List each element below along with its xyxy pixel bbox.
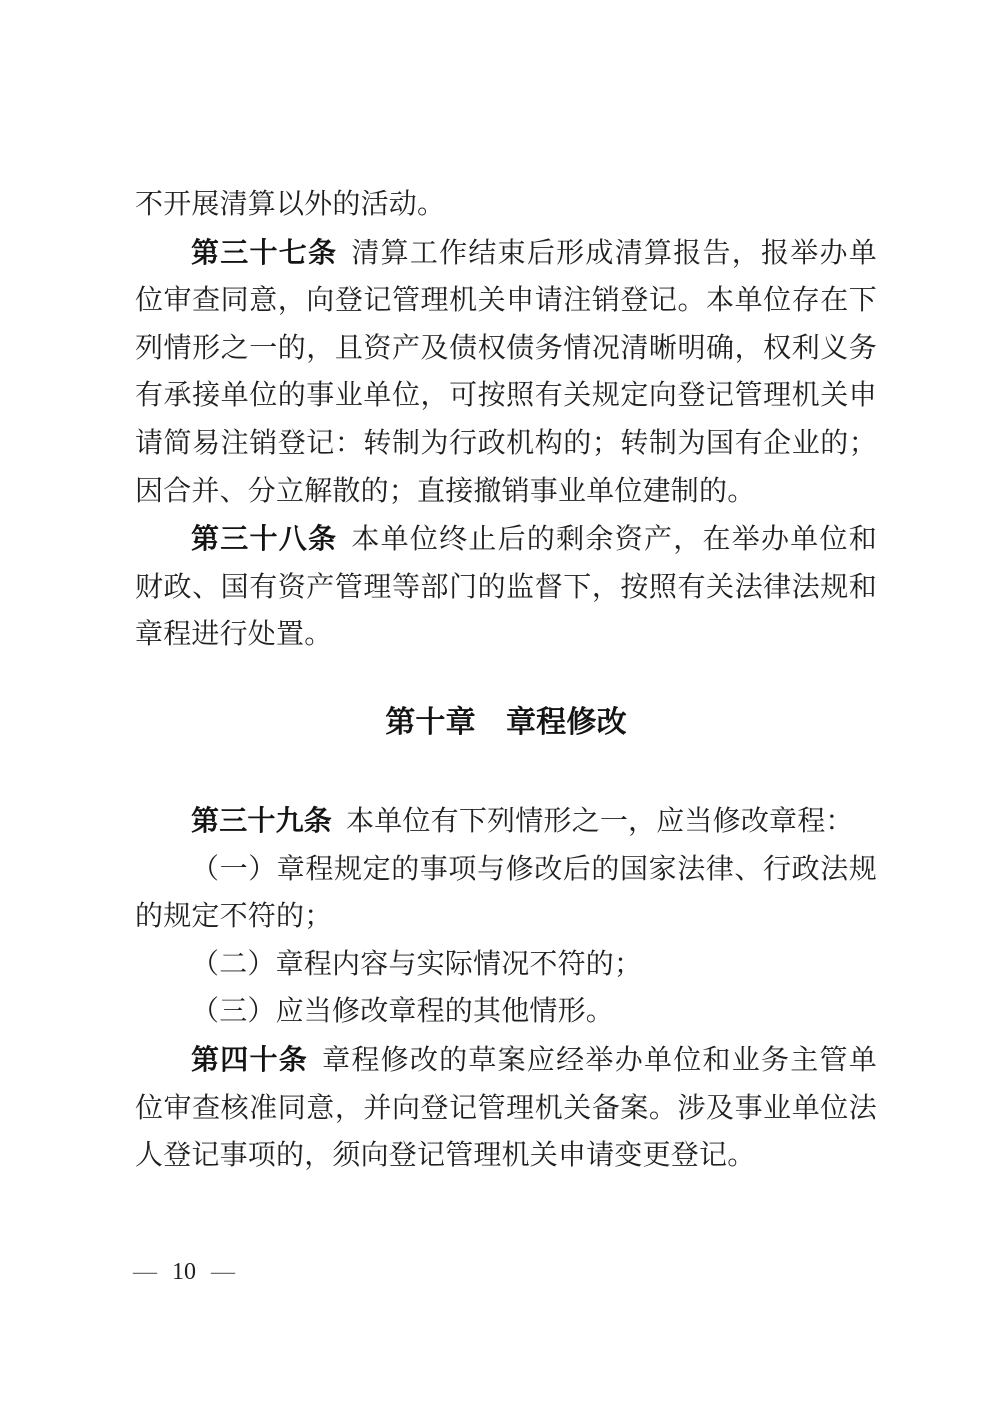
clause-3-paragraph: （三）应当修改章程的其他情形。: [135, 988, 877, 1036]
article-39-number: 第三十九条: [191, 805, 332, 836]
article-37-number: 第三十七条: [191, 237, 337, 268]
article-38-number: 第三十八条: [191, 523, 337, 554]
document-body: 不开展清算以外的活动。 第三十七条清算工作结束后形成清算报告，报举办单位审查同意…: [135, 181, 877, 1180]
article-38-paragraph: 第三十八条本单位终止后的剩余资产，在举办单位和财政、国有资产管理等部门的监督下，…: [135, 515, 877, 659]
footer-dash-left: —: [133, 1258, 157, 1286]
article-37-paragraph: 第三十七条清算工作结束后形成清算报告，报举办单位审查同意，向登记管理机关申请注销…: [135, 229, 877, 516]
page-number: 10: [172, 1258, 196, 1286]
article-39-paragraph: 第三十九条本单位有下列情形之一，应当修改章程：: [135, 797, 877, 846]
article-40-number: 第四十条: [191, 1044, 308, 1075]
article-40-paragraph: 第四十条章程修改的草案应经举办单位和业务主管单位审查核准同意，并向登记管理机关备…: [135, 1036, 877, 1180]
paragraph-text: 本单位有下列情形之一，应当修改章程：: [346, 806, 854, 837]
paragraph-text: 不开展清算以外的活动。: [135, 189, 445, 220]
clause-1-paragraph: （一）章程规定的事项与修改后的国家法律、行政法规的规定不符的；: [135, 846, 877, 941]
chapter-10-heading: 第十章 章程修改: [135, 699, 877, 747]
footer-dash-right: —: [211, 1258, 235, 1286]
paragraph-text: （一）章程规定的事项与修改后的国家法律、行政法规的规定不符的；: [135, 854, 877, 933]
clause-2-paragraph: （二）章程内容与实际情况不符的；: [135, 941, 877, 989]
paragraph-text: （三）应当修改章程的其他情形。: [191, 996, 614, 1027]
page-footer: — 10 —: [133, 1258, 235, 1286]
paragraph-text: 清算工作结束后形成清算报告，报举办单位审查同意，向登记管理机关申请注销登记。本单…: [135, 238, 877, 507]
paragraph-text: （二）章程内容与实际情况不符的；: [191, 949, 642, 980]
document-page: 不开展清算以外的活动。 第三十七条清算工作结束后形成清算报告，报举办单位审查同意…: [0, 0, 992, 1403]
paragraph-continuation: 不开展清算以外的活动。: [135, 181, 877, 229]
